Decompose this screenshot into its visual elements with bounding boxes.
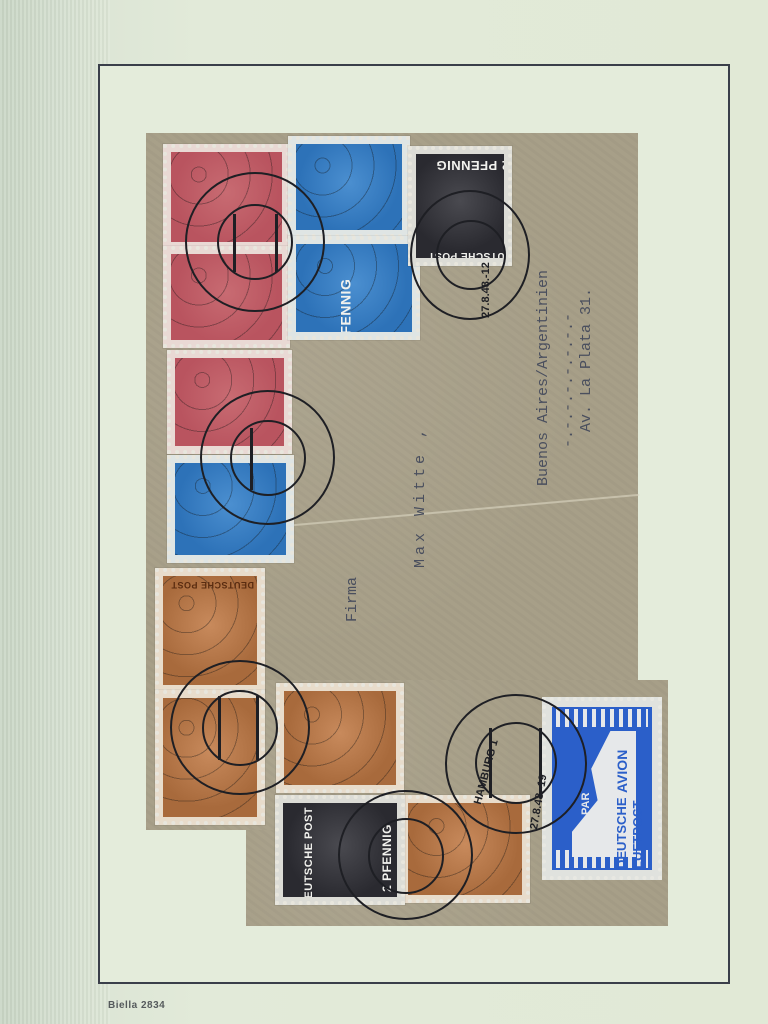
- address-city: Buenos Aires/Argentinien: [535, 270, 552, 486]
- page-footer-label: Biella 2834: [108, 1000, 165, 1011]
- postmark: [200, 390, 335, 525]
- airmail-deutsche: DEUTSCHE: [614, 797, 629, 869]
- airmail-avion: AVION: [614, 750, 630, 793]
- postmark: [185, 172, 325, 312]
- stamp-country: DEUTSCHE POST: [171, 580, 254, 590]
- stamp-value: 2 PFENNIG: [436, 158, 504, 173]
- postmark: [338, 790, 473, 920]
- postmark: 27.8.48.-19 HAMBURG 1: [445, 694, 587, 834]
- postmark: [170, 660, 310, 795]
- postmark: 27.8.48.-12: [410, 190, 530, 320]
- stamp-value: 20 PFENNIG: [337, 279, 353, 332]
- addressee-prefix: Firma: [344, 577, 361, 622]
- addressee-name: Max Witte ,: [412, 425, 429, 568]
- postmark-date: 27.8.48.-12: [480, 262, 492, 318]
- address-separator: -.-.-.-.-.-.-.-: [560, 313, 577, 448]
- address-street: Av. La Plata 31.: [578, 288, 595, 432]
- airmail-par: PAR: [580, 793, 592, 815]
- album-page-edge: [0, 0, 110, 1024]
- stamp-country: DEUTSCHE POST: [303, 807, 315, 897]
- airmail-luftpost: LUFTPOST: [630, 800, 645, 869]
